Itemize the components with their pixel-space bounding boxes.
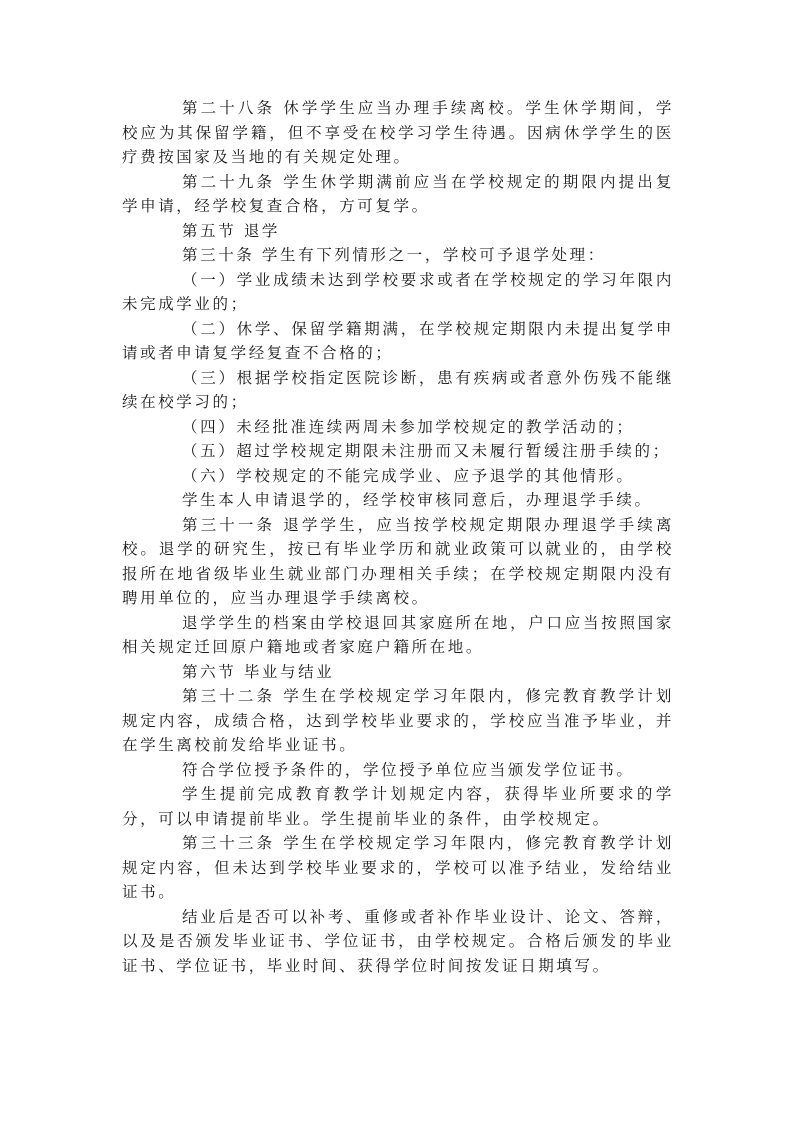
list-item-4: （四）未经批准连续两周未参加学校规定的教学活动的； (122, 415, 674, 440)
article-29: 第二十九条 学生休学期满前应当在学校规定的期限内提出复学申请，经学校复查合格，方… (122, 170, 674, 219)
paragraph-archives: 退学学生的档案由学校退回其家庭所在地，户口应当按照国家相关规定迁回原户籍地或者家… (122, 611, 674, 660)
document-page: 第二十八条 休学学生应当办理手续离校。学生休学期间，学校应为其保留学籍，但不享受… (122, 96, 674, 978)
list-item-6: （六）学校规定的不能完成学业、应予退学的其他情形。 (122, 464, 674, 489)
article-32: 第三十二条 学生在学校规定学习年限内，修完教育教学计划规定内容，成绩合格，达到学… (122, 684, 674, 758)
list-item-5: （五）超过学校规定期限未注册而又未履行暂缓注册手续的； (122, 439, 674, 464)
article-30: 第三十条 学生有下列情形之一，学校可予退学处理： (122, 243, 674, 268)
list-item-1: （一）学业成绩未达到学校要求或者在学校规定的学习年限内未完成学业的； (122, 268, 674, 317)
paragraph-withdraw-application: 学生本人申请退学的，经学校审核同意后，办理退学手续。 (122, 488, 674, 513)
paragraph-degree-certificate: 符合学位授予条件的，学位授予单位应当颁发学位证书。 (122, 758, 674, 783)
paragraph-completion-rules: 结业后是否可以补考、重修或者补作毕业设计、论文、答辩，以及是否颁发毕业证书、学位… (122, 905, 674, 979)
section-heading-6: 第六节 毕业与结业 (122, 660, 674, 685)
list-item-2: （二）休学、保留学籍期满，在学校规定期限内未提出复学申请或者申请复学经复查不合格… (122, 317, 674, 366)
article-28: 第二十八条 休学学生应当办理手续离校。学生休学期间，学校应为其保留学籍，但不享受… (122, 96, 674, 170)
article-33: 第三十三条 学生在学校规定学习年限内，修完教育教学计划规定内容，但未达到学校毕业… (122, 831, 674, 905)
paragraph-early-graduation: 学生提前完成教育教学计划规定内容，获得毕业所要求的学分，可以申请提前毕业。学生提… (122, 782, 674, 831)
list-item-3: （三）根据学校指定医院诊断，患有疾病或者意外伤残不能继续在校学习的； (122, 366, 674, 415)
article-31: 第三十一条 退学学生，应当按学校规定期限办理退学手续离校。退学的研究生，按已有毕… (122, 513, 674, 611)
section-heading-5: 第五节 退学 (122, 219, 674, 244)
